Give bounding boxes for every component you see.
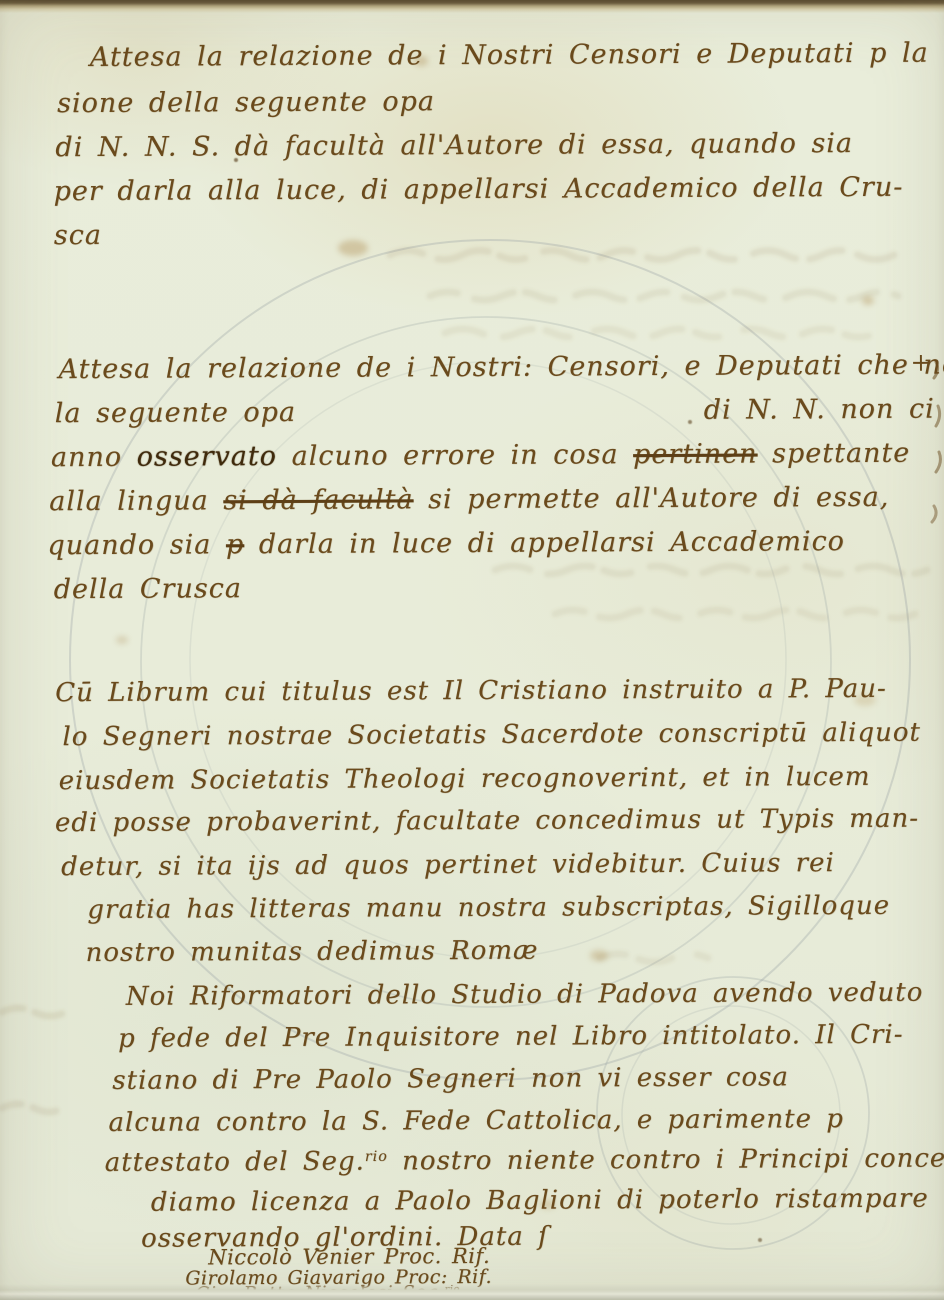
text-segment: Cū Librum cui titulus est Il Cristiano i…	[55, 674, 887, 708]
manuscript-line: stiano di Pre Paolo Segneri non vi esser…	[112, 1062, 789, 1096]
manuscript-line: Cū Librum cui titulus est Il Cristiano i…	[55, 674, 887, 708]
manuscript-line: nostro munitas dedimus Romæ	[86, 936, 539, 968]
text-segment: p fede del Pre Inquisitore nel Libro int…	[118, 1020, 904, 1054]
text-segment: attestato del Seg.	[105, 1147, 365, 1178]
text-segment: lo Segneri nostrae Societatis Sacerdote …	[62, 718, 921, 752]
manuscript-line: eiusdem Societatis Theologi recognoverin…	[59, 762, 871, 796]
text-segment: spettante	[757, 438, 910, 470]
text-segment: anno	[51, 442, 137, 473]
text-segment: sca	[54, 220, 102, 251]
strike-segment: si dà facultà	[223, 484, 413, 516]
text-segment: per darla alla luce, di appellarsi Accad…	[54, 172, 904, 207]
text-segment: nostro niente contro i Principi conce-	[388, 1143, 944, 1176]
text-segment: alla lingua	[49, 485, 223, 517]
manuscript-line: alcuna contro la S. Fede Cattolica, e pa…	[108, 1104, 844, 1138]
text-segment: darla in luce di appellarsi Accademico	[244, 526, 845, 560]
manuscript-line: anno osservato alcuno errore in cosa per…	[51, 438, 910, 473]
paper-edge-top	[0, 0, 944, 13]
manuscript-line: gratia has litteras manu nostra subscrip…	[87, 891, 890, 925]
text-segment: stiano di Pre Paolo Segneri non vi esser…	[112, 1062, 789, 1096]
text-segment: alcuna contro la S. Fede Cattolica, e pa…	[108, 1104, 844, 1138]
manuscript-line: sca	[54, 220, 102, 251]
text-segment: della Crusca	[54, 573, 242, 605]
text-segment: edi posse probaverint, facultate concedi…	[55, 804, 919, 839]
text-segment: Attesa la relazione de i Nostri: Censori…	[58, 349, 944, 385]
text-segment: sione della seguente opa	[57, 86, 435, 119]
manuscript-line: sione della seguente opa	[57, 86, 435, 119]
superscript-abbrev: rio	[365, 1149, 388, 1165]
text-segment: diamo licenza a Paolo Baglioni di poterl…	[151, 1184, 929, 1218]
overwritten-correction: osservato	[137, 441, 277, 473]
manuscript-line: alla lingua si dà facultà si permette al…	[49, 482, 889, 517]
strike-segment: pertinen	[633, 439, 758, 471]
manuscript-line: edi posse probaverint, facultate concedi…	[55, 804, 919, 839]
inline-insertion: di N. N. non ci è	[704, 393, 944, 425]
manuscript-text-layer: Attesa la relazione de i Nostri Censori …	[0, 0, 944, 1300]
manuscript-line: detur, si ita ijs ad quos pertinet videb…	[61, 848, 835, 882]
manuscript-line: diamo licenza a Paolo Baglioni di poterl…	[151, 1184, 929, 1218]
text-segment: detur, si ita ijs ad quos pertinet videb…	[61, 848, 835, 882]
text-segment: la seguente opa	[55, 397, 296, 429]
text-segment: si permette all'Autore di essa,	[413, 482, 889, 515]
text-segment: gratia has litteras manu nostra subscrip…	[87, 891, 890, 925]
manuscript-line: Attesa la relazione de i Nostri: Censori…	[58, 349, 944, 385]
margin-cross-mark: +	[910, 348, 931, 377]
manuscript-line: attestato del Seg.rio nostro niente cont…	[105, 1143, 944, 1177]
abbreviation-p-stroke: p	[226, 529, 244, 560]
text-segment: Noi Riformatori dello Studio di Padova a…	[126, 978, 924, 1012]
manuscript-line: di N. N. S. dà facultà all'Autore di ess…	[55, 128, 853, 163]
manuscript-line: della Crusca	[54, 573, 242, 605]
text-segment: Attesa la relazione de i Nostri Censori …	[90, 37, 944, 73]
text-segment: eiusdem Societatis Theologi recognoverin…	[59, 762, 871, 796]
manuscript-page: Attesa la relazione de i Nostri Censori …	[0, 0, 944, 1300]
manuscript-line: per darla alla luce, di appellarsi Accad…	[54, 172, 904, 207]
text-segment: quando sia	[47, 529, 226, 561]
text-segment: nostro munitas dedimus Romæ	[86, 936, 539, 968]
manuscript-line: lo Segneri nostrae Societatis Sacerdote …	[62, 718, 921, 752]
paper-edge-bottom	[0, 1284, 944, 1300]
manuscript-line: quando sia p darla in luce di appellarsi…	[47, 526, 845, 561]
manuscript-line: Attesa la relazione de i Nostri Censori …	[90, 37, 944, 73]
manuscript-line: la seguente opa di N. N. non ci è	[55, 397, 296, 429]
manuscript-line: p fede del Pre Inquisitore nel Libro int…	[118, 1020, 904, 1054]
text-segment: alcuno errore in cosa	[277, 439, 633, 472]
manuscript-line: Noi Riformatori dello Studio di Padova a…	[126, 978, 924, 1012]
text-segment: di N. N. S. dà facultà all'Autore di ess…	[55, 128, 853, 163]
